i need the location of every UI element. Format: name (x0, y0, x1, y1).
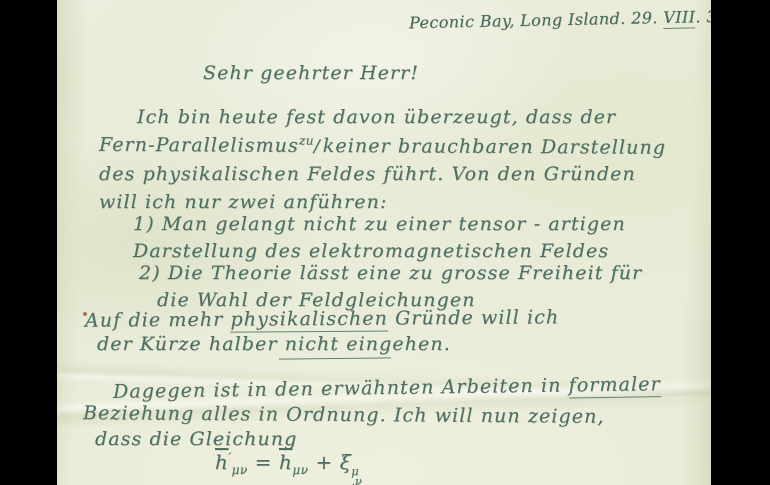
body-line-13: dass die Gleichung (95, 428, 297, 450)
letter-paper: Peconic Bay, Long Island. 29. VIII. 38 S… (57, 0, 711, 485)
right-black-bar (711, 0, 770, 485)
salutation: Sehr geehrter Herr! (203, 62, 419, 84)
body-line-6: Darstellung des elektromagnetischen Feld… (133, 240, 609, 262)
body-line-7-point-2: 2) Die Theorie lässt eine zu grosse Frei… (139, 262, 642, 284)
xi-symbol: ξ (340, 450, 352, 474)
lhs-subscript-mu-nu: μν (232, 463, 248, 477)
body-line-5-point-1: 1) Man gelangt nicht zu einer tensor - a… (133, 213, 626, 235)
line2-pre: Fern-Parallelismus (99, 134, 299, 157)
equals-sign: = (255, 450, 272, 474)
dateline-month-underlined: VIII (663, 7, 696, 29)
line11-underlined-word: formaler (568, 373, 660, 398)
left-black-bar (0, 0, 57, 485)
dateline-pre: Peconic Bay, Long Island. 29. (409, 8, 664, 32)
line9-pre: Auf die mehr (85, 309, 231, 332)
section-divider-line (279, 357, 391, 359)
dateline: Peconic Bay, Long Island. 29. VIII. 38 (409, 7, 728, 33)
inserted-word-above-line: zu (299, 134, 314, 148)
line2-post: keiner brauchbaren Darstellung (323, 135, 666, 159)
insertion-caret-mark: ∕ (314, 137, 321, 157)
h-bar-base: h (279, 450, 292, 474)
h-bar-prime-base: h (215, 450, 228, 474)
line9-underlined-word: physikalischen (230, 308, 388, 333)
rhs-subscript-mu-nu: μν (292, 463, 308, 477)
body-line-11: Dagegen ist in den erwähnten Arbeiten in… (113, 373, 661, 403)
body-line-4: will ich nur zwei anführen: (99, 191, 388, 213)
body-line-12: Beziehung alles in Ordnung. Ich will nun… (83, 402, 605, 428)
equation-rhs-h: hμν (279, 450, 308, 474)
paper-ink-speck (83, 312, 87, 316)
equation-xi-term: ξμ,ν (340, 450, 362, 474)
body-line-2: Fern-Parallelismuszu∕keiner brauchbaren … (99, 133, 666, 159)
line11-pre: Dagegen ist in den erwähnten Arbeiten in (113, 374, 569, 402)
equation-lhs: h′μν (215, 450, 248, 474)
plus-sign: + (315, 450, 332, 474)
body-line-3: des physikalischen Feldes führt. Von den… (99, 163, 636, 185)
body-line-10: der Kürze halber nicht eingehen. (97, 333, 451, 355)
body-line-1: Ich bin heute fest davon überzeugt, dass… (137, 106, 616, 128)
field-equation: h′μν=hμν+ξμ,ν (215, 450, 362, 485)
line9-post: Gründe will ich (388, 306, 559, 329)
xi-sup-sub-stack: μ,ν (351, 466, 362, 485)
letter-photograph: Peconic Bay, Long Island. 29. VIII. 38 S… (0, 0, 770, 485)
xi-subscript-comma-nu: ,ν (351, 476, 362, 485)
body-line-9: Auf die mehr physikalischen Gründe will … (85, 306, 559, 331)
